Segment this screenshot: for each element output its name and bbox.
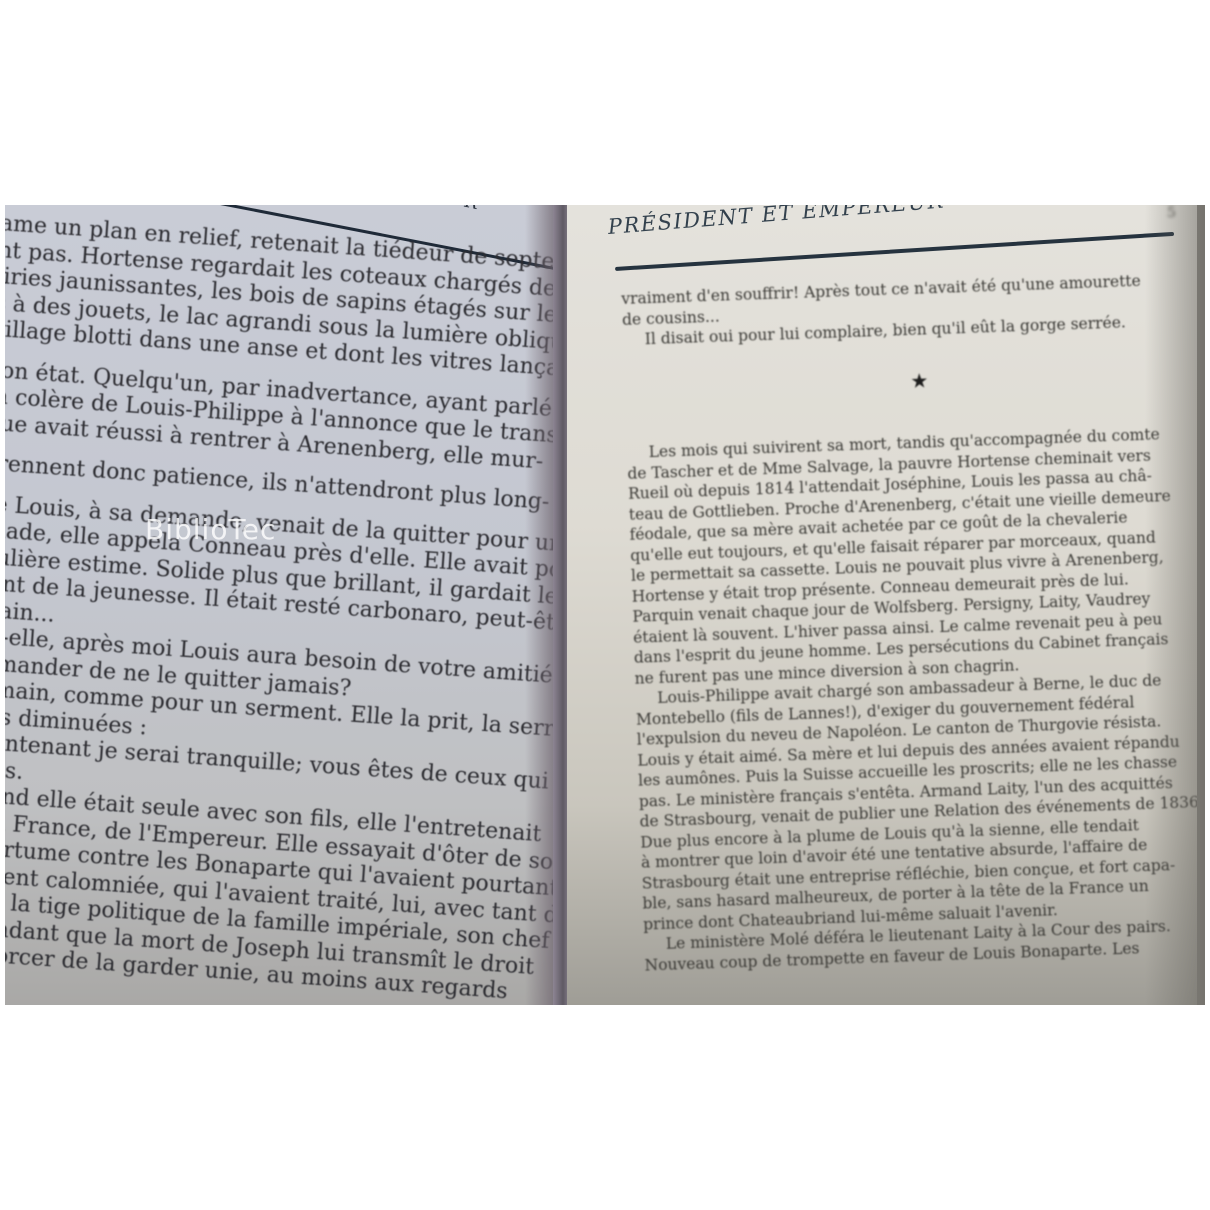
text-before-separator: vraiment d'en souffrir! Après tout ce n'… bbox=[621, 268, 1205, 350]
left-page-text: ame un plan en relief, retenait la tiéde… bbox=[5, 211, 560, 1005]
right-page-text: vraiment d'en souffrir! Après tout ce n'… bbox=[621, 268, 1205, 975]
running-head-right: PRÉSIDENT ET EMPEREUR bbox=[607, 205, 945, 239]
book-photo: EUR ame un plan en relief, retenait la t… bbox=[5, 205, 1205, 1005]
star-separator-icon: ★ bbox=[624, 360, 1205, 401]
header-rule-right bbox=[615, 232, 1174, 271]
page-number: 5 bbox=[1167, 205, 1176, 221]
left-page: EUR ame un plan en relief, retenait la t… bbox=[5, 205, 565, 1005]
page-edge bbox=[1197, 205, 1205, 1005]
running-head-left: EUR bbox=[433, 205, 481, 214]
text-after-separator: Les mois qui suivirent sa mort, tandis q… bbox=[626, 422, 1205, 975]
watermark-logo: BiblioTec bbox=[145, 513, 276, 546]
right-page: PRÉSIDENT ET EMPEREUR 5 vraiment d'en so… bbox=[567, 205, 1205, 1005]
